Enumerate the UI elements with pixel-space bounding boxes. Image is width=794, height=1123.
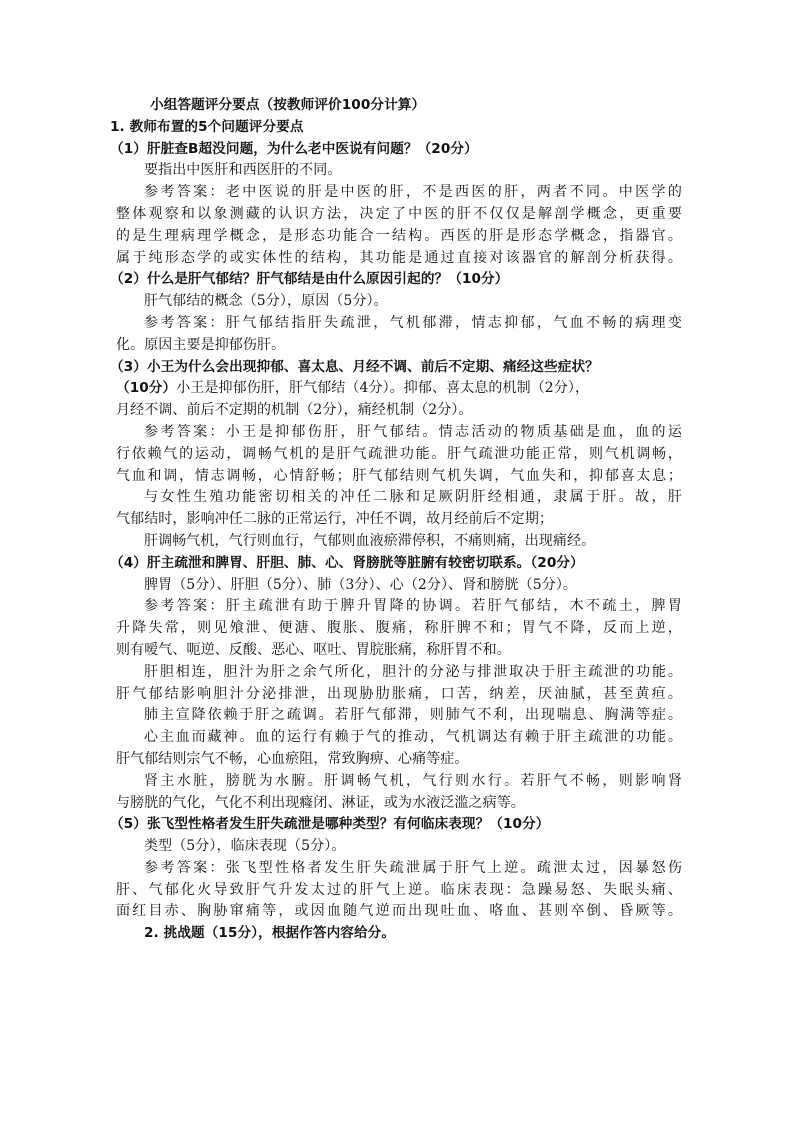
question-3-answer-line: 与女性生殖功能密切相关的冲任二脉和足厥阴肝经相通，隶属于肝。故，肝	[116, 487, 682, 509]
question-3-answer-line: 行依赖气的运动，调畅气机的是肝气疏泄功能。肝气疏泄功能正常，则气机调畅，	[116, 444, 682, 466]
question-1-heading: （1）肝脏查B超没问题，为什么老中医说有问题？（20分）	[110, 139, 682, 161]
question-3-heading: （3）小王为什么会出现抑郁、喜太息、月经不调、前后不定期、痛经这些症状？	[110, 357, 682, 379]
question-2-scoring: 肝气郁结的概念（5分），原因（5分）。	[116, 291, 682, 313]
question-4-answer-line: 肺主宣降依赖于肝之疏调。若肝气郁滞，则肺气不利，出现喘息、胸满等症。	[116, 705, 682, 727]
question-2-answer-line: 参考答案：肝气郁结指肝失疏泄，气机郁滞，情志抑郁，气血不畅的病理变	[116, 313, 682, 335]
question-4-answer-line: 参考答案：肝主疏泄有助于脾升胃降的协调。若肝气郁结，木不疏土，脾胃	[116, 596, 682, 618]
question-4-heading: （4）肝主疏泄和脾胃、肝胆、肺、心、肾膀胱等脏腑有较密切联系。（20分）	[110, 553, 682, 575]
document-page: 小组答题评分要点（按教师评价100分计算） 1. 教师布置的5个问题评分要点 （…	[116, 95, 682, 945]
question-5-scoring: 类型（5分），临床表现（5分）。	[116, 836, 682, 858]
question-1-answer-line: 属于纯形态学的或实体性的结构，其功能是通过直接对该器官的解剖分析获得。	[116, 248, 682, 270]
question-3-answer-line: 气郁结时，影响冲任二脉的正常运行，冲任不调，故月经前后不定期；	[116, 509, 682, 531]
section-1-heading: 1. 教师布置的5个问题评分要点	[110, 117, 682, 139]
question-3-scoring-part: 小王是抑郁伤肝，肝气郁结（4分）。抑郁、喜太息的机制（2分），	[176, 380, 589, 396]
question-1-answer-line: 整体观察和以象测藏的认识方法，决定了中医的肝不仅仅是解剖学概念，更重要	[116, 204, 682, 226]
question-5-answer-line: 参考答案：张飞型性格者发生肝失疏泄属于肝气上逆。疏泄太过，因暴怒伤	[116, 858, 682, 880]
question-5-answer-line: 肝、气郁化火导致肝气升发太过的肝气上逆。临床表现：急躁易怒、失眠头痛、	[116, 880, 682, 902]
question-5-heading: （5）张飞型性格者发生肝失疏泄是哪种类型？有何临床表现？（10分）	[110, 814, 682, 836]
question-4-answer-line: 心主血而藏神。血的运行有赖于气的推动，气机调达有赖于肝主疏泄的功能。	[116, 727, 682, 749]
question-2-heading: （2）什么是肝气郁结？肝气郁结是由什么原因引起的？（10分）	[110, 269, 682, 291]
question-3-heading-continued: （10分）小王是抑郁伤肝，肝气郁结（4分）。抑郁、喜太息的机制（2分），	[116, 378, 682, 400]
question-5-answer-line: 面红目赤、胸胁窜痛等，或因血随气逆而出现吐血、咯血、甚则卒倒、昏厥等。	[116, 901, 682, 923]
question-3-answer-line: 气血和调，情志调畅，心情舒畅；肝气郁结则气机失调，气血失和，抑郁喜太息；	[116, 466, 682, 488]
question-4-answer-line: 肝胆相连，胆汁为肝之余气所化，胆汁的分泌与排泄取决于肝主疏泄的功能。	[116, 662, 682, 684]
question-3-answer-line: 肝调畅气机，气行则血行，气郁则血液瘀滞停积，不痛则痛，出现痛经。	[116, 531, 682, 553]
question-4-answer-line: 肾主水脏，膀胱为水腑。肝调畅气机，气行则水行。若肝气不畅，则影响肾	[116, 771, 682, 793]
document-title: 小组答题评分要点（按教师评价100分计算）	[116, 95, 682, 117]
question-4-answer-line: 升降失常，则见飧泄、便溏、腹胀、腹痛，称肝脾不和；胃气不降，反而上逆，	[116, 618, 682, 640]
question-1-answer-line: 参考答案：老中医说的肝是中医的肝，不是西医的肝，两者不同。中医学的	[116, 182, 682, 204]
question-4-answer-line: 肝气郁结影响胆汁分泌排泄，出现胁肋胀痛，口苦，纳差，厌油腻，甚至黄疸。	[116, 684, 682, 706]
section-2-heading: 2. 挑战题（15分），根据作答内容给分。	[116, 923, 682, 945]
question-2-answer-line: 化。原因主要是抑郁伤肝。	[116, 335, 682, 357]
question-4-answer-line: 则有嗳气、呃逆、反酸、恶心、呕吐、胃脘胀痛，称肝胃不和。	[116, 640, 682, 662]
question-4-scoring: 脾胃（5分）、肝胆（5分）、肺（3分）、心（2分）、肾和膀胱（5分）。	[116, 575, 682, 597]
question-3-answer-line: 参考答案：小王是抑郁伤肝，肝气郁结。情志活动的物质基础是血，血的运	[116, 422, 682, 444]
question-1-answer-line: 的是生理病理学概念，是形态功能合一结构。西医的肝是形态学概念，指器官。	[116, 226, 682, 248]
question-3-points: （10分）	[116, 380, 176, 396]
question-3-scoring: 月经不调、前后不定期的机制（2分），痛经机制（2分）。	[116, 400, 682, 422]
question-4-answer-line: 与膀胱的气化，气化不利出现癃闭、淋证，或为水液泛滥之病等。	[116, 793, 682, 815]
question-1-scoring: 要指出中医肝和西医肝的不同。	[116, 160, 682, 182]
question-4-answer-line: 肝气郁结则宗气不畅，心血瘀阻，常致胸痹、心痛等症。	[116, 749, 682, 771]
